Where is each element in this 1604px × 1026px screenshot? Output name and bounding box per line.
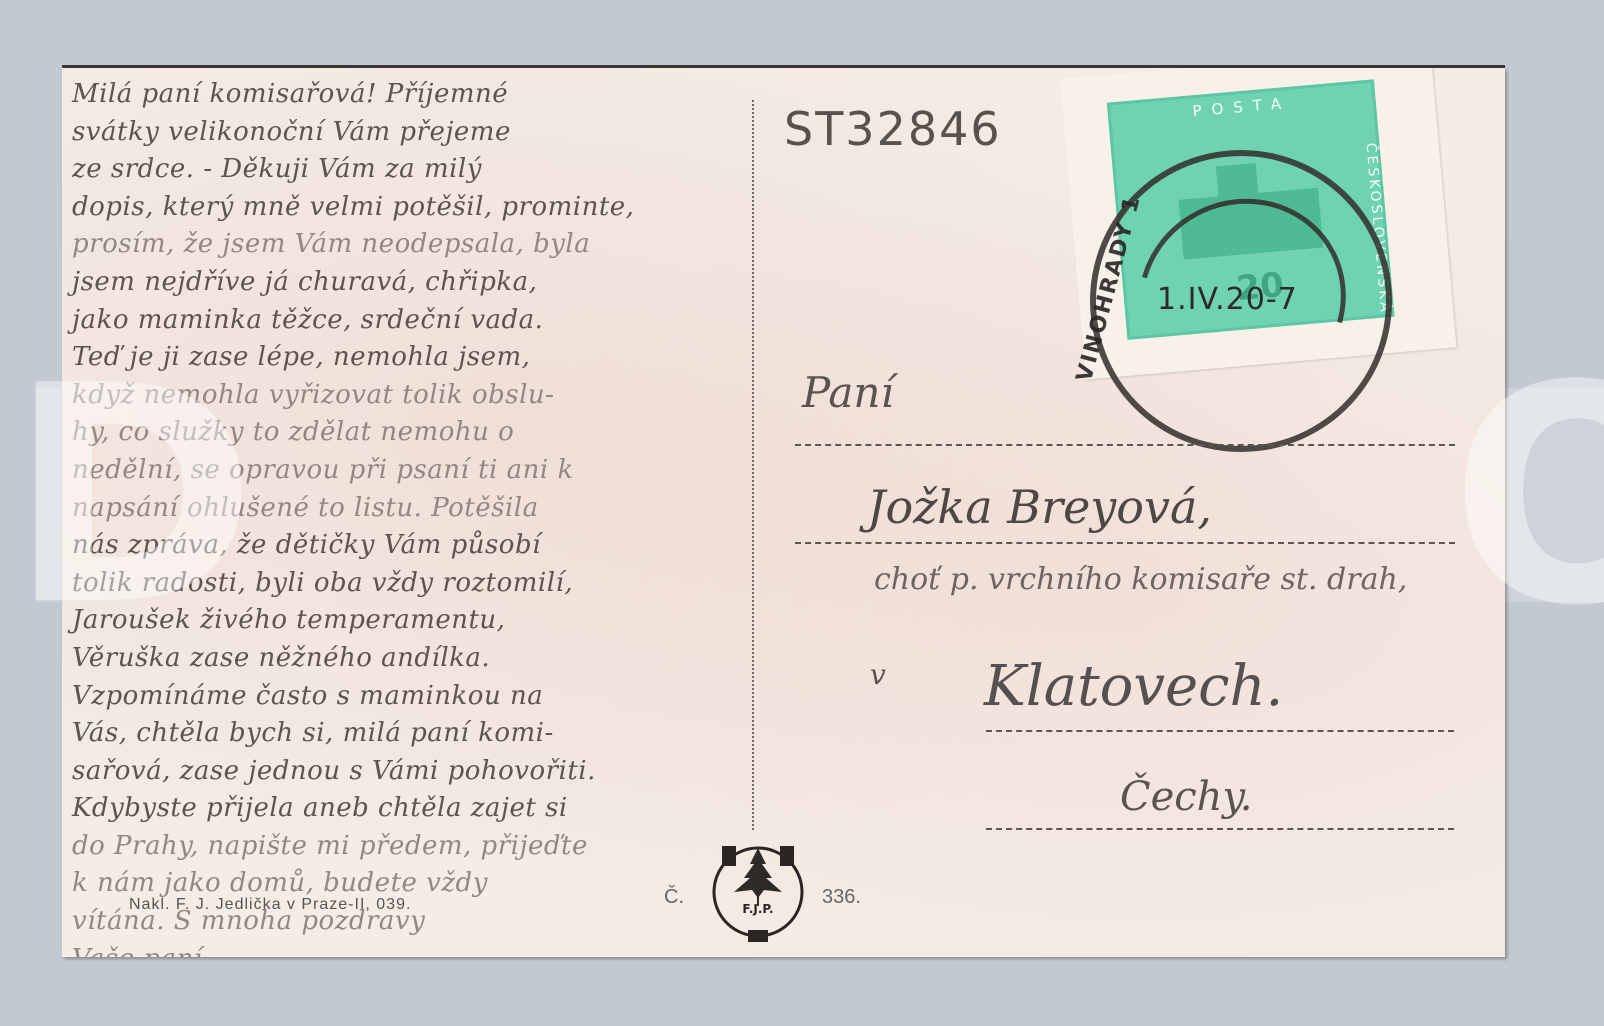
address-salutation: Paní (802, 368, 894, 417)
letter-line: nedělní, se opravou při psaní ti ani k (72, 452, 762, 490)
address-line (795, 444, 1455, 446)
stamp-top-text: POSTA (1110, 87, 1373, 128)
letter-line: Vzpomínáme často s maminkou na (72, 678, 762, 716)
address-region: Čechy. (1120, 774, 1252, 820)
letter-line: Kdybyste přijela aneb chtěla zajet si (72, 790, 762, 828)
letter-line: prosím, že jsem Vám neodepsala, byla (72, 226, 762, 264)
dotted-divider (752, 100, 754, 830)
address-city: Klatovech. (984, 654, 1283, 719)
logo-text: F.J.P. (708, 902, 808, 916)
letter-line: jsem nejdříve já churavá, chřipka, (72, 264, 762, 302)
letter-line: Vás, chtěla bych si, milá paní komi- (72, 715, 762, 753)
address-line (795, 542, 1455, 544)
publisher-imprint: Nakl. F. J. Jedlička v Praze-II, 039. (129, 896, 411, 914)
letter-line: do Prahy, napište mi předem, přijeďte (72, 828, 762, 866)
letter-line: nás zpráva, že dětičky Vám působí (72, 527, 762, 565)
letter-line: hy, co služky to zdělat nemohu o (72, 414, 762, 452)
address-line (986, 828, 1454, 830)
card-number: 336. (822, 886, 861, 909)
letter-line: dopis, který mně velmi potěšil, prominte… (72, 189, 762, 227)
letter-line: tolik radosti, byli oba vždy roztomilí, (72, 565, 762, 603)
postcard-back: Milá paní komisařová! Příjemné svátky ve… (62, 68, 1505, 957)
letter-line: svátky velikonoční Vám přejeme (72, 114, 762, 152)
card-number-label: Č. (664, 886, 684, 909)
letter-line: když nemohla vyřizovat tolik obslu- (72, 377, 762, 415)
fir-tree-icon (708, 840, 808, 944)
letter-line: Vaše paní. (72, 941, 762, 957)
letter-line: Jaroušek živého temperamentu, (72, 602, 762, 640)
letter-line: sařová, zase jednou s Vámi pohovořiti. (72, 753, 762, 791)
handwritten-letter: Milá paní komisařová! Příjemné svátky ve… (72, 76, 762, 957)
address-prefix: v (870, 658, 886, 691)
letter-line: napsání ohlušené to listu. Potěšila (72, 490, 762, 528)
letter-line: Teď je ji zase lépe, nemohla jsem, (72, 339, 762, 377)
inventory-number: ST32846 (784, 102, 1002, 156)
address-line (986, 730, 1454, 732)
letter-line: Milá paní komisařová! Příjemné (72, 76, 762, 114)
publisher-logo: F.J.P. (708, 840, 808, 940)
letter-line: jako maminka těžce, srdeční vada. (72, 302, 762, 340)
address-title: choť p. vrchního komisaře st. drah, (874, 562, 1407, 597)
letter-line: Věruška zase něžného andílka. (72, 640, 762, 678)
letter-line: ze srdce. - Děkuji Vám za milý (72, 151, 762, 189)
address-name: Jožka Breyová, (867, 480, 1212, 534)
postmark-date: 1.IV.20-7 (1157, 282, 1298, 317)
